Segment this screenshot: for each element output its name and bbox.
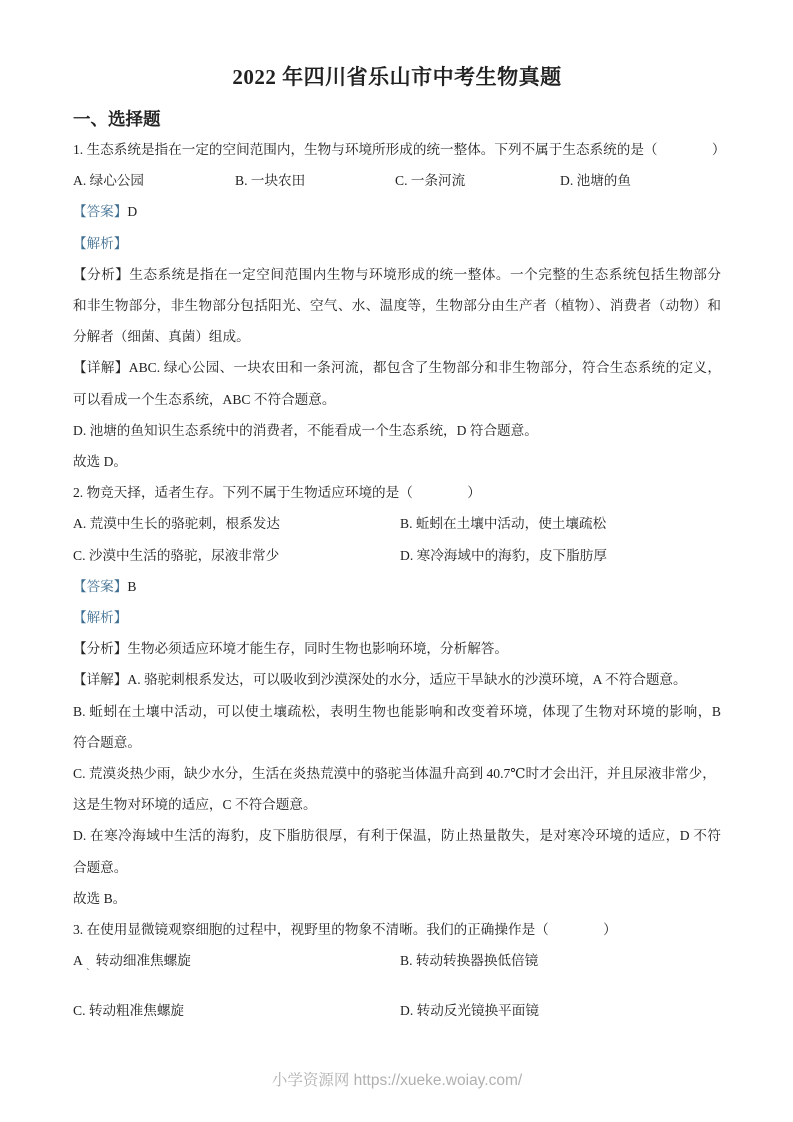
question-1-detail-d: D. 池塘的鱼知识生态系统中的消费者，不能看成一个生态系统，D 符合题意。 [73,415,721,446]
question-3-option-b: B. 转动转换器换低倍镜 [400,945,721,976]
answer-value: B [127,579,136,594]
question-1-analysis-header: 【解析】 [73,228,721,259]
question-1-detail-line: 【详解】ABC. 绿心公园、一块农田和一条河流，都包含了生物部分和非生物部分，符… [73,352,721,383]
question-1-stem: 1. 生态系统是指在一定的空间范围内，生物与环境所形成的统一整体。下列不属于生态… [73,134,721,165]
question-2-option-c: C. 沙漠中生活的骆驼，尿液非常少 [73,540,400,571]
question-2-detail-b-line: 符合题意。 [73,727,721,758]
question-3-options-row-1: A 转动细准焦螺旋 B. 转动转换器换低倍镜 ` [73,945,721,976]
question-1-option-c: C. 一条河流 [395,165,560,196]
question-3-options-row-2: C. 转动粗准焦螺旋 D. 转动反光镜换平面镜 [73,995,721,1026]
question-2-detail-d-line: 合题意。 [73,852,721,883]
question-2-option-d: D. 寒冷海域中的海豹，皮下脂肪厚 [400,540,721,571]
stray-print-mark: ` [86,968,90,979]
question-2-answer-row: 【答案】B [73,571,721,602]
question-3-option-c: C. 转动粗准焦螺旋 [73,995,400,1026]
analysis-label: 【解析】 [73,236,127,251]
question-3-option-a: A 转动细准焦螺旋 [73,945,400,976]
question-1-option-d: D. 池塘的鱼 [560,165,721,196]
page-title: 2022 年四川省乐山市中考生物真题 [73,62,721,92]
answer-label: 【答案】 [73,204,127,219]
question-2-detail-c-line: 这是生物对环境的适应，C 不符合题意。 [73,789,721,820]
question-2-option-a: A. 荒漠中生长的骆驼刺，根系发达 [73,508,400,539]
footer-watermark: 小学资源网 https://xueke.woiay.com/ [73,1069,721,1093]
answer-label: 【答案】 [73,579,127,594]
question-1-option-b: B. 一块农田 [235,165,395,196]
question-3-stem: 3. 在使用显微镜观察细胞的过程中，视野里的物象不清晰。我们的正确操作是（ ） [73,914,721,945]
question-2-detail-b-line: B. 蚯蚓在土壤中活动，可以使土壤疏松，表明生物也能影响和改变着环境，体现了生物… [73,696,721,727]
question-1-analysis-line: 和非生物部分，非生物部分包括阳光、空气、水、温度等，生物部分由生产者（植物）、消… [73,290,721,321]
question-2-options-row-2: C. 沙漠中生活的骆驼，尿液非常少 D. 寒冷海域中的海豹，皮下脂肪厚 [73,540,721,571]
section-heading: 一、选择题 [73,104,721,134]
answer-value: D [127,204,137,219]
question-2-analysis-header: 【解析】 [73,602,721,633]
question-2-detail-c-line: C. 荒漠炎热少雨，缺少水分，生活在炎热荒漠中的骆驼当体温升高到 40.7℃时才… [73,758,721,789]
question-3-option-d: D. 转动反光镜换平面镜 [400,995,721,1026]
question-1-options: A. 绿心公园 B. 一块农田 C. 一条河流 D. 池塘的鱼 [73,165,721,196]
question-1-option-a: A. 绿心公园 [73,165,235,196]
question-1-detail-line: 可以看成一个生态系统，ABC 不符合题意。 [73,384,721,415]
question-1-analysis-line: 【分析】生态系统是指在一定空间范围内生物与环境形成的统一整体。一个完整的生态系统… [73,259,721,290]
exam-page: 2022 年四川省乐山市中考生物真题 一、选择题 1. 生态系统是指在一定的空间… [0,0,793,1093]
question-2-detail-d-line: D. 在寒冷海域中生活的海豹，皮下脂肪很厚，有利于保温，防止热量散失，是对寒冷环… [73,820,721,851]
question-1-conclusion: 故选 D。 [73,446,721,477]
question-2-stem: 2. 物竞天择，适者生存。下列不属于生物适应环境的是（ ） [73,477,721,508]
question-2-detail-a: 【详解】A. 骆驼刺根系发达，可以吸收到沙漠深处的水分，适应干旱缺水的沙漠环境，… [73,664,721,695]
question-1-answer-row: 【答案】D [73,196,721,227]
question-2-option-b: B. 蚯蚓在土壤中活动，使土壤疏松 [400,508,721,539]
question-2-options-row-1: A. 荒漠中生长的骆驼刺，根系发达 B. 蚯蚓在土壤中活动，使土壤疏松 [73,508,721,539]
question-2-analysis: 【分析】生物必须适应环境才能生存，同时生物也影响环境，分析解答。 [73,633,721,664]
analysis-label: 【解析】 [73,610,127,625]
question-1-analysis-line: 分解者（细菌、真菌）组成。 [73,321,721,352]
question-2-conclusion: 故选 B。 [73,883,721,914]
